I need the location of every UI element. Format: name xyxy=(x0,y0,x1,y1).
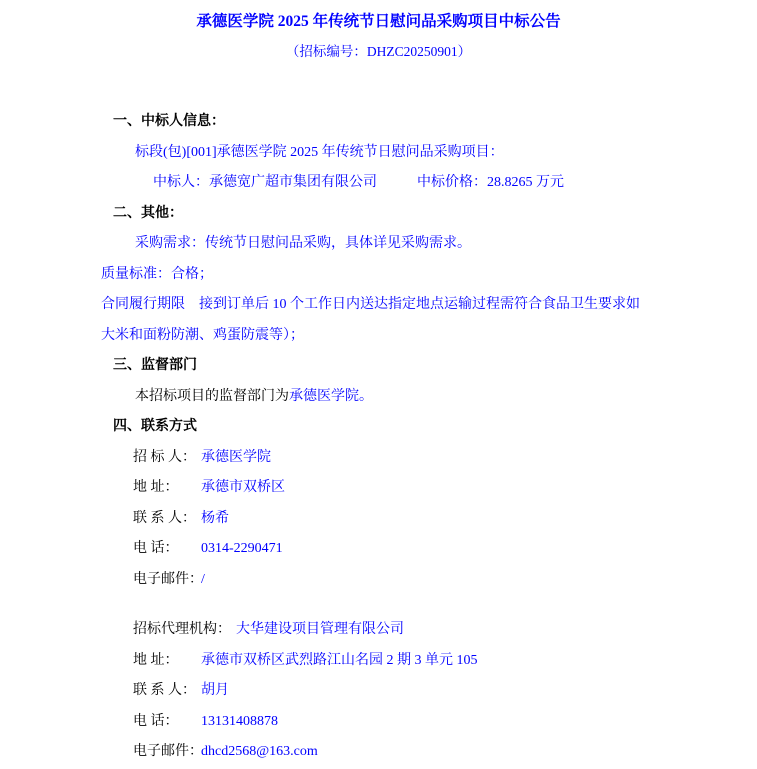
supervision-org-name: 承德医学院。 xyxy=(289,389,373,404)
spacer xyxy=(0,595,757,615)
tenderer-phone-label: 电 话： xyxy=(133,534,196,565)
section-1-heading: 一、中标人信息： xyxy=(0,107,757,138)
winner-label: 中标人： xyxy=(153,175,209,190)
tenderer-contact-row: 联 系 人：杨希 xyxy=(0,504,757,535)
section-4-heading: 四、联系方式 xyxy=(0,412,757,443)
agency-name-value: 大华建设项目管理有限公司 xyxy=(236,622,404,637)
agency-name-row: 招标代理机构：大华建设项目管理有限公司 xyxy=(0,615,757,646)
contract-period-line-1: 合同履行期限 接到订单后 10 个工作日内送达指定地点运输过程需符合食品卫生要求… xyxy=(0,290,757,321)
tenderer-phone-value: 0314-2290471 xyxy=(201,541,283,556)
agency-email-row: 电子邮件：dhcd2568@163.com xyxy=(0,737,757,768)
agency-name-label: 招标代理机构： xyxy=(133,622,231,637)
section-2-heading: 二、其他： xyxy=(0,199,757,230)
tenderer-name-value: 承德医学院 xyxy=(201,450,271,465)
quality-standard: 质量标准：合格； xyxy=(0,260,757,291)
agency-phone-value: 13131408878 xyxy=(201,714,278,729)
lot-description: 标段(包)[001]承德医学院 2025 年传统节日慰问品采购项目： xyxy=(0,138,757,169)
tenderer-email-row: 电子邮件：/ xyxy=(0,565,757,596)
spacer xyxy=(0,61,757,107)
procurement-requirement: 采购需求：传统节日慰问品采购，具体详见采购需求。 xyxy=(0,229,757,260)
tenderer-address-value: 承德市双桥区 xyxy=(201,480,285,495)
agency-contact-label: 联 系 人： xyxy=(133,676,196,707)
tenderer-contact-label: 联 系 人： xyxy=(133,504,196,535)
supervision-statement: 本招标项目的监督部门为承德医学院。 xyxy=(0,382,757,413)
agency-contact-row: 联 系 人：胡月 xyxy=(0,676,757,707)
tenderer-address-row: 地 址：承德市双桥区 xyxy=(0,473,757,504)
tenderer-email-value: / xyxy=(201,572,205,587)
price-value: 28.8265 万元 xyxy=(487,175,564,190)
tenderer-name-label: 招 标 人： xyxy=(133,443,196,474)
tenderer-email-label: 电子邮件： xyxy=(133,565,196,596)
announcement-title: 承德医学院 2025 年传统节日慰问品采购项目中标公告 xyxy=(0,0,757,32)
tenderer-phone-row: 电 话：0314-2290471 xyxy=(0,534,757,565)
winner-line: 中标人：承德宽广超市集团有限公司中标价格：28.8265 万元 xyxy=(0,168,757,199)
section-3-heading: 三、监督部门 xyxy=(0,351,757,382)
winner-name: 承德宽广超市集团有限公司 xyxy=(209,175,377,190)
tenderer-contact-value: 杨希 xyxy=(201,511,229,526)
agency-address-row: 地 址：承德市双桥区武烈路江山名园 2 期 3 单元 105 xyxy=(0,646,757,677)
agency-phone-row: 电 话：13131408878 xyxy=(0,707,757,738)
tender-number-subtitle: （招标编号：DHZC20250901） xyxy=(0,43,757,61)
agency-address-value: 承德市双桥区武烈路江山名园 2 期 3 单元 105 xyxy=(201,653,478,668)
contract-period-line-2: 大米和面粉防潮、鸡蛋防震等）； xyxy=(0,321,757,352)
agency-email-value: dhcd2568@163.com xyxy=(201,744,318,759)
price-label: 中标价格： xyxy=(417,175,487,190)
document-page: 承德医学院 2025 年传统节日慰问品采购项目中标公告 （招标编号：DHZC20… xyxy=(0,0,757,769)
tenderer-address-label: 地 址： xyxy=(133,473,196,504)
agency-contact-value: 胡月 xyxy=(201,683,229,698)
agency-phone-label: 电 话： xyxy=(133,707,196,738)
supervision-text-prefix: 本招标项目的监督部门为 xyxy=(135,389,289,404)
tenderer-name-row: 招 标 人：承德医学院 xyxy=(0,443,757,474)
agency-email-label: 电子邮件： xyxy=(133,737,196,768)
agency-address-label: 地 址： xyxy=(133,646,196,677)
